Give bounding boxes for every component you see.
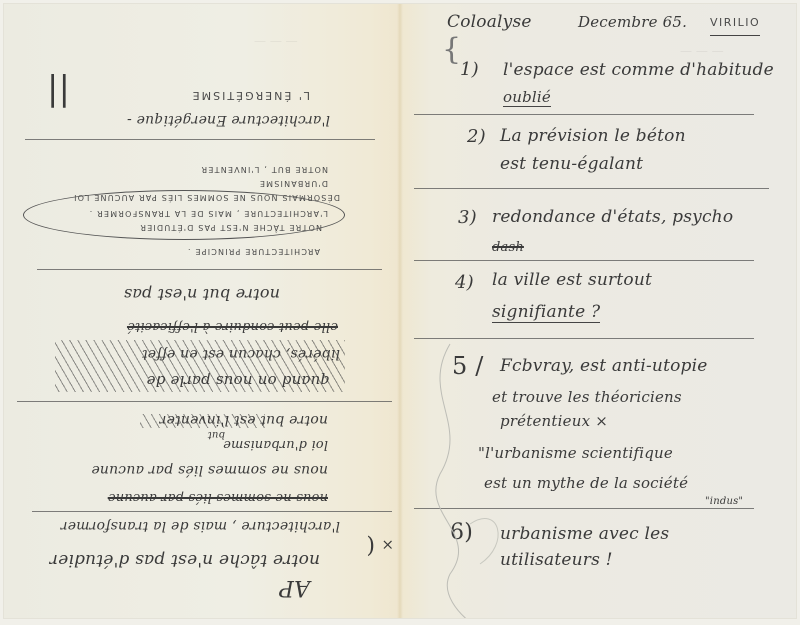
oval-line-1: NOTRE TÂCHE N'EST PAS D'ÉTUDIER [139, 223, 322, 232]
rule [414, 188, 769, 189]
block-caps-line-3: DÉSORMAIS NOUS NE SOMMES LIÉS PAR AUCUNE… [73, 193, 340, 202]
loi-urbanisme-line: loi d'urbanisme [223, 437, 328, 452]
pencil-doodle [410, 334, 520, 618]
left-page-rotated-content: AP notre tâche n'est pas d'étudier l'arc… [4, 4, 400, 618]
item-6-line-1: urbanisme avec les [500, 524, 669, 544]
rule [32, 511, 392, 512]
item-2-number: 2) [467, 126, 486, 147]
nous-lies-line: nous ne sommes liés par aucune [91, 462, 328, 478]
item-3-line-2: dash [492, 240, 524, 255]
rule [25, 139, 375, 140]
header-date: Decembre 65. [578, 13, 687, 31]
architecture-line-2: l'architecture , mais de la transformer [61, 518, 340, 534]
left-page: AP notre tâche n'est pas d'étudier l'arc… [4, 4, 400, 618]
top-marks: || [47, 73, 70, 113]
energetisme-heading: L' ÉNERGÉTISME [191, 89, 310, 102]
item-3-number: 3) [458, 207, 477, 228]
item-1-line-1: l'espace est comme d'habitude [503, 60, 774, 80]
manuscript-sheet: AP notre tâche n'est pas d'étudier l'arc… [4, 4, 796, 618]
scribbled-out-block [55, 340, 345, 392]
oval-line-2: L'ARCHITECTURE , MAIS DE LA TRANSFORMER … [89, 209, 328, 218]
page-gutter [397, 4, 403, 618]
struck-line: elle peut conduire à l'efficacité [127, 319, 338, 334]
item-2-line-2: est tenu-égalant [500, 154, 643, 174]
architecture-principe: ARCHITECTURE PRINCIPE . [187, 247, 320, 256]
energetique-line: l'architecture Energétique - [127, 112, 330, 128]
struck-bottom-line: nous ne sommes liés par aucune [108, 490, 328, 505]
item-5-line-2: et trouve les théoriciens [492, 388, 682, 406]
item-3-line-1: redondance d'états, psycho [492, 207, 733, 227]
item-1-line-2: oublié [503, 88, 551, 107]
x-mark: × [381, 536, 394, 554]
rule [414, 114, 754, 115]
item-2-line-1: La prévision le béton [500, 126, 686, 146]
scribbled-out-word [140, 414, 265, 428]
right-page: — — — Coloalyse Decembre 65. VIRILIO { 1… [400, 4, 796, 618]
rule [37, 269, 382, 270]
bracket-mark: ( [366, 533, 375, 558]
header-author: VIRILIO [710, 16, 760, 36]
but-insert: but [208, 429, 225, 440]
item-5-line-6: "indus" [705, 496, 743, 507]
item-4-line-1: la ville est surtout [492, 270, 652, 290]
signature: AP [279, 575, 310, 600]
curly-brace: { [442, 32, 461, 67]
block-caps-line-1: NOTRE BUT , L'INVENTER [200, 165, 328, 174]
header-title: Coloalyse [447, 12, 532, 32]
show-through-text: — — — [680, 44, 724, 58]
notre-but-line: notre but n'est pas [124, 285, 280, 304]
item-5-line-1: Fcbvray, est anti-utopie [500, 356, 708, 376]
rule [414, 260, 754, 261]
block-caps-line-2: D'URBANISME [259, 179, 328, 188]
rule [17, 401, 392, 402]
item-4-line-2: signifiante ? [492, 302, 600, 323]
item-1-number: 1) [460, 59, 479, 80]
show-through-text: — — — [254, 34, 298, 48]
architecture-line-1: notre tâche n'est pas d'étudier [50, 550, 320, 570]
item-4-number: 4) [455, 272, 474, 293]
